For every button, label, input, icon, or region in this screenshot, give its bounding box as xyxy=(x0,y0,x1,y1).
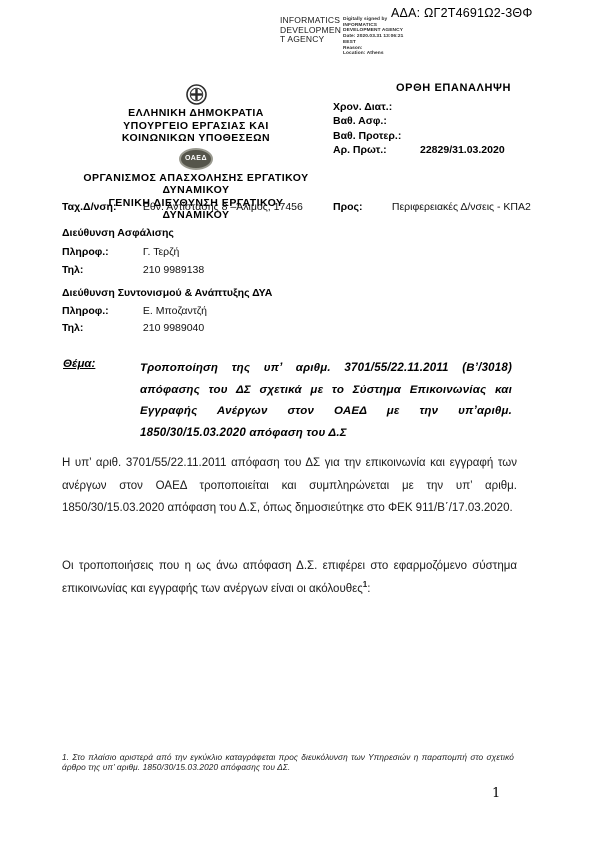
tel-label: Τηλ: xyxy=(62,264,140,276)
letterhead-line: ΥΠΟΥΡΓΕΙΟ ΕΡΓΑΣΙΑΣ ΚΑΙ xyxy=(56,120,336,133)
info-label: Πληροφ.: xyxy=(62,305,140,317)
meta-row-vath-asf: Βαθ. Ασφ.: xyxy=(333,115,573,129)
paragraph2-text: Οι τροποποιήσεις που η ως άνω απόφαση Δ.… xyxy=(62,560,517,595)
info-row-1: Πληροφ.: Γ. Τερζή xyxy=(62,246,179,258)
subject-label: Θέμα: xyxy=(63,358,95,370)
recipient-value: Περιφερειακές Δ/νσεις - ΚΠΑ2 xyxy=(392,201,531,213)
ada-code: ΑΔΑ: ΩΓ2Τ4691Ω2-3ΘΦ xyxy=(391,6,533,20)
info-value: Γ. Τερζή xyxy=(143,246,179,258)
document-page: ΑΔΑ: ΩΓ2Τ4691Ω2-3ΘΦ INFORMATICS DEVELOPM… xyxy=(0,0,595,842)
info-value: Ε. Μποζαντζή xyxy=(143,305,207,317)
signature-agency-line: T AGENCY xyxy=(280,35,338,45)
signature-details: Digitally signed by INFORMATICS DEVELOPM… xyxy=(343,16,403,57)
protocol-number: 22829/31.03.2020 xyxy=(420,144,505,156)
footnote-text: 1. Στο πλαίσιο αριστερά από την εγκύκλιο… xyxy=(62,752,514,772)
letterhead-line: ΕΛΛΗΝΙΚΗ ΔΗΜΟΚΡΑΤΙΑ xyxy=(56,107,336,120)
organization-line: ΟΡΓΑΝΙΣΜΟΣ ΑΠΑΣΧΟΛΗΣΗΣ ΕΡΓΑΤΙΚΟΥ xyxy=(56,172,336,185)
correct-repetition-heading: ΟΡΘΗ ΕΠΑΝΑΛΗΨΗ xyxy=(396,82,511,94)
tel-row-1: Τηλ: 210 9989138 xyxy=(62,264,204,276)
subject-text: Τροποποίηση της υπ’ αριθμ. 3701/55/22.11… xyxy=(140,358,512,444)
department-coordination: Διεύθυνση Συντονισμού & Ανάπτυξης ΔΥΑ xyxy=(62,287,272,299)
meta-row-protocol-number: Αρ. Πρωτ.: 22829/31.03.2020 xyxy=(333,144,573,158)
tel-row-2: Τηλ: 210 9989040 xyxy=(62,322,204,334)
meta-label: Βαθ. Ασφ.: xyxy=(333,115,387,127)
signature-detail-line: Location: Athens xyxy=(343,51,403,57)
meta-label: Αρ. Πρωτ.: xyxy=(333,144,387,156)
info-label: Πληροφ.: xyxy=(62,246,140,258)
meta-label: Βαθ. Προτερ.: xyxy=(333,130,401,142)
address-label: Ταχ.Δ/νση: xyxy=(62,201,140,213)
organization-line: ΔΥΝΑΜΙΚΟΥ xyxy=(56,184,336,197)
recipient-label: Προς: xyxy=(333,201,389,213)
page-number: 1 xyxy=(492,786,500,801)
signature-agency-name: INFORMATICS DEVELOPMEN T AGENCY xyxy=(280,16,338,57)
tel-value: 210 9989040 xyxy=(143,322,204,334)
letterhead-line: ΚΟΙΝΩΝΙΚΩΝ ΥΠΟΘΕΣΕΩΝ xyxy=(56,132,336,145)
address-value: Εθν. Αντίστασης 8 –Άλιμος, 17456 xyxy=(143,201,303,213)
body-paragraph-1: Η υπ’ αριθ. 3701/55/22.11.2011 απόφαση τ… xyxy=(62,452,517,520)
protocol-meta-block: Χρον. Διατ.: Βαθ. Ασφ.: Βαθ. Προτερ.: Αρ… xyxy=(333,101,573,158)
info-row-2: Πληροφ.: Ε. Μποζαντζή xyxy=(62,305,207,317)
meta-row-vath-proter: Βαθ. Προτερ.: xyxy=(333,130,573,144)
department-insurance: Διεύθυνση Ασφάλισης xyxy=(62,227,174,239)
oaed-logo: ΟΑΕΔ xyxy=(179,148,213,170)
meta-label: Χρον. Διατ.: xyxy=(333,101,392,113)
digital-signature-stamp: INFORMATICS DEVELOPMEN T AGENCY Digitall… xyxy=(280,16,403,57)
tel-value: 210 9989138 xyxy=(143,264,204,276)
signature-detail-line: Date: 2020.03.31 13:06:21 xyxy=(343,34,403,40)
paragraph2-colon: : xyxy=(367,583,370,595)
address-row: Ταχ.Δ/νση: Εθν. Αντίστασης 8 –Άλιμος, 17… xyxy=(62,201,303,213)
tel-label: Τηλ: xyxy=(62,322,140,334)
meta-row-chron-diat: Χρον. Διατ.: xyxy=(333,101,573,115)
recipient-row: Προς: Περιφερειακές Δ/νσεις - ΚΠΑ2 xyxy=(333,201,531,213)
greek-coat-of-arms-icon xyxy=(186,84,207,105)
body-paragraph-2: Οι τροποποιήσεις που η ως άνω απόφαση Δ.… xyxy=(62,555,517,600)
